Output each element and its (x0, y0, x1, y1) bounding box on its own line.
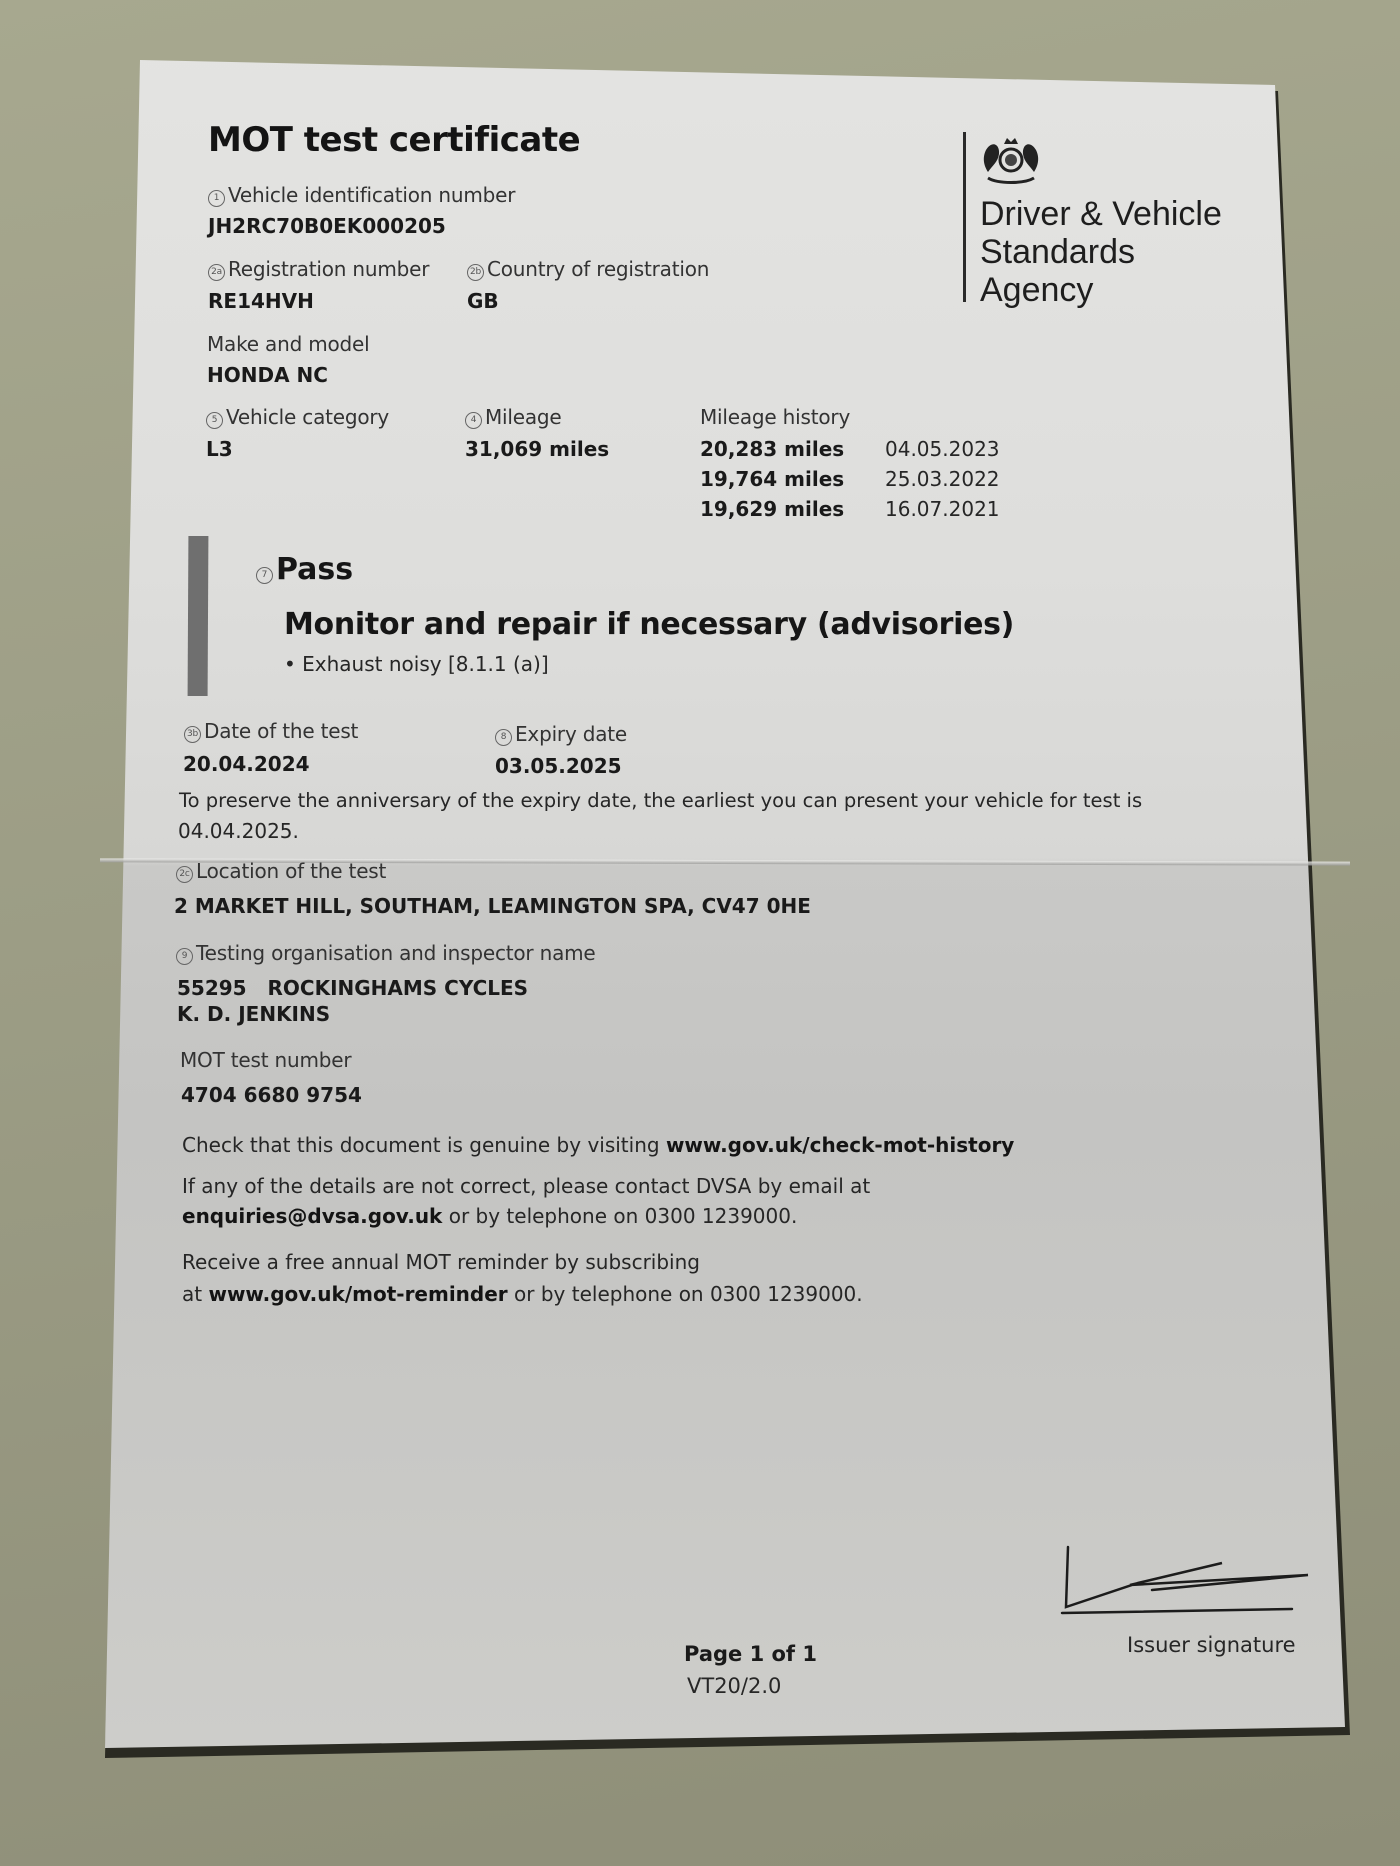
anniversary-note: To preserve the anniversary of the expir… (179, 789, 1142, 812)
form-code: VT20/2.0 (687, 1674, 781, 1698)
mileage-history-miles: 19,629 miles (700, 497, 844, 521)
agency-divider (963, 132, 966, 302)
contact-text-2: enquiries@dvsa.gov.uk or by telephone on… (182, 1204, 797, 1228)
test-number-value: 4704 6680 9754 (181, 1083, 362, 1107)
mileage-history-date: 25.03.2022 (885, 467, 1000, 491)
test-number-label: MOT test number (180, 1048, 351, 1072)
document-title: MOT test certificate (208, 120, 580, 160)
mileage-history-label: Mileage history (700, 405, 850, 429)
page-indicator: Page 1 of 1 (684, 1642, 817, 1666)
result-status-bar (188, 536, 209, 696)
location-label: 2cLocation of the test (176, 859, 386, 883)
field-number-badge: 8 (495, 729, 512, 746)
country-label: 2bCountry of registration (467, 257, 709, 281)
mileage-label: 4Mileage (465, 405, 562, 429)
field-number-badge: 7 (256, 567, 273, 584)
royal-coat-of-arms-icon (978, 132, 1044, 190)
mileage-history-date: 04.05.2023 (885, 437, 1000, 461)
field-number-badge: 2c (176, 866, 193, 883)
agency-name-line-3: Agency (980, 271, 1093, 309)
mileage-value: 31,069 miles (465, 437, 609, 461)
test-date-label: 3bDate of the test (184, 719, 358, 743)
field-number-badge: 3b (184, 726, 201, 743)
vehicle-category-value: L3 (206, 437, 233, 461)
country-value: GB (467, 289, 499, 313)
advisory-item: • Exhaust noisy [8.1.1 (a)] (284, 652, 549, 676)
contact-text: If any of the details are not correct, p… (182, 1174, 870, 1198)
check-mot-history-link[interactable]: www.gov.uk/check-mot-history (666, 1133, 1014, 1157)
dvsa-email-link[interactable]: enquiries@dvsa.gov.uk (182, 1204, 442, 1228)
advisories-heading: Monitor and repair if necessary (advisor… (284, 607, 1014, 642)
field-number-badge: 4 (465, 412, 482, 429)
inspector-name: K. D. JENKINS (177, 1002, 330, 1026)
result-status: 7Pass (256, 552, 353, 587)
mot-reminder-link[interactable]: www.gov.uk/mot-reminder (208, 1282, 507, 1306)
reminder-text: Receive a free annual MOT reminder by su… (182, 1250, 700, 1274)
expiry-date-value: 03.05.2025 (495, 754, 622, 778)
agency-name-line-2: Standards (980, 233, 1135, 271)
agency-name-line-1: Driver & Vehicle (980, 195, 1222, 233)
issuer-signature-icon (1060, 1545, 1330, 1625)
vehicle-category-label: 5Vehicle category (206, 405, 389, 429)
field-number-badge: 2a (208, 264, 225, 281)
testing-org-value: 55295 ROCKINGHAMS CYCLES (177, 976, 528, 1000)
mileage-history-miles: 20,283 miles (700, 437, 844, 461)
field-number-badge: 5 (206, 412, 223, 429)
field-number-badge: 9 (176, 948, 193, 965)
registration-label: 2aRegistration number (208, 257, 429, 281)
vin-label: 1Vehicle identification number (208, 183, 515, 207)
testing-org-number: 55295 (177, 976, 247, 1000)
mileage-history-date: 16.07.2021 (885, 497, 1000, 521)
field-number-badge: 1 (208, 190, 225, 207)
make-model-label: Make and model (207, 332, 370, 356)
vin-value: JH2RC70B0EK000205 (208, 214, 446, 238)
mileage-history-miles: 19,764 miles (700, 467, 844, 491)
testing-org-name: ROCKINGHAMS CYCLES (267, 976, 528, 1000)
reminder-text-2: at www.gov.uk/mot-reminder or by telepho… (182, 1282, 863, 1306)
location-value: 2 MARKET HILL, SOUTHAM, LEAMINGTON SPA, … (174, 894, 811, 918)
field-number-badge: 2b (467, 264, 484, 281)
expiry-date-label: 8Expiry date (495, 722, 627, 746)
signature-label: Issuer signature (1127, 1633, 1296, 1657)
anniversary-note-date: 04.04.2025. (178, 819, 299, 843)
test-date-value: 20.04.2024 (183, 752, 310, 776)
make-model-value: HONDA NC (207, 363, 328, 387)
testing-org-label: 9Testing organisation and inspector name (176, 941, 596, 965)
check-genuine-text: Check that this document is genuine by v… (182, 1133, 1014, 1157)
registration-value: RE14HVH (208, 289, 314, 313)
